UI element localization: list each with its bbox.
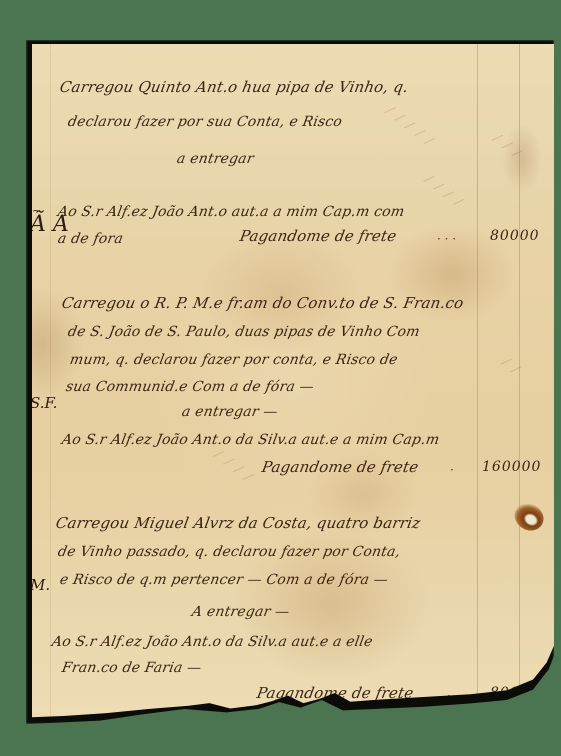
entry-3-deliver-label: A entregar —	[191, 604, 291, 620]
ink-bleed-stain	[502, 124, 542, 194]
bleed-through-mark: / / / / /	[383, 103, 437, 150]
entry-1-recipient-line-2: a de fora	[57, 231, 125, 247]
bleed-through-mark: / / / /	[422, 172, 466, 211]
document-scene: / / / / / / / / / / / / / / / / / / Carr…	[0, 0, 561, 756]
entry-3-line-2: de Vinho passado, q. declarou fazer por …	[57, 544, 402, 560]
entry-1-deliver-label: a entregar	[176, 151, 256, 167]
entry-1-leader-dots: · · ·	[437, 232, 456, 246]
bleed-through-mark: / / / /	[212, 447, 256, 486]
entry-1-amount: 80000	[490, 228, 540, 244]
entry-2-line-1: Carregou o R. P. M.e fr.am do Conv.to de…	[60, 294, 465, 312]
amount-column-rule-left	[477, 44, 478, 720]
entry-3-recipient-line-2: Fran.co de Faria —	[61, 660, 203, 676]
entry-2-payment-label: Pagandome de frete	[260, 458, 420, 476]
entry-1-line-2: declarou fazer por sua Conta, e Risco	[67, 114, 344, 130]
entry-3-line-1: Carregou Miguel Alvrz da Costa, quatro b…	[54, 514, 422, 532]
entry-2-leader-dots: ·	[450, 463, 454, 477]
manuscript-page: / / / / / / / / / / / / / / / / / / Carr…	[32, 44, 554, 720]
entry-1-line-1: Carregou Quinto Ant.o hua pipa de Vinho,…	[58, 78, 409, 96]
entry-3-recipient-line-1: Ao S.r Alf.ez João Ant.o da Silv.a aut.e…	[51, 634, 374, 650]
entry-2-deliver-label: a entregar —	[181, 404, 279, 420]
entry-2-recipient-line-1: Ao S.r Alf.ez João Ant.o da Silv.a aut.e…	[61, 432, 441, 448]
entry-2-amount: 160000	[482, 459, 541, 475]
entry-3-line-3: e Risco de q.m pertencer — Com a de fóra…	[59, 572, 390, 588]
entry-2-line-2: de S. João de S. Paulo, duas pipas de Vi…	[67, 324, 422, 340]
entry-2-line-4: sua Communid.e Com a de fóra —	[65, 379, 316, 395]
entry-1-recipient-line-1: Ao S.r Alf.ez João Ant.o aut.a a mim Cap…	[57, 204, 406, 220]
entry-2-margin-note: S.F.	[30, 394, 57, 412]
entry-3-margin-note: M.	[30, 576, 50, 594]
left-margin-rule	[50, 44, 51, 720]
entry-1-payment-label: Pagandome de frete	[238, 227, 398, 245]
entry-2-line-3: mum, q. declarou fazer por conta, e Risc…	[69, 352, 399, 368]
burn-stain	[510, 498, 549, 536]
